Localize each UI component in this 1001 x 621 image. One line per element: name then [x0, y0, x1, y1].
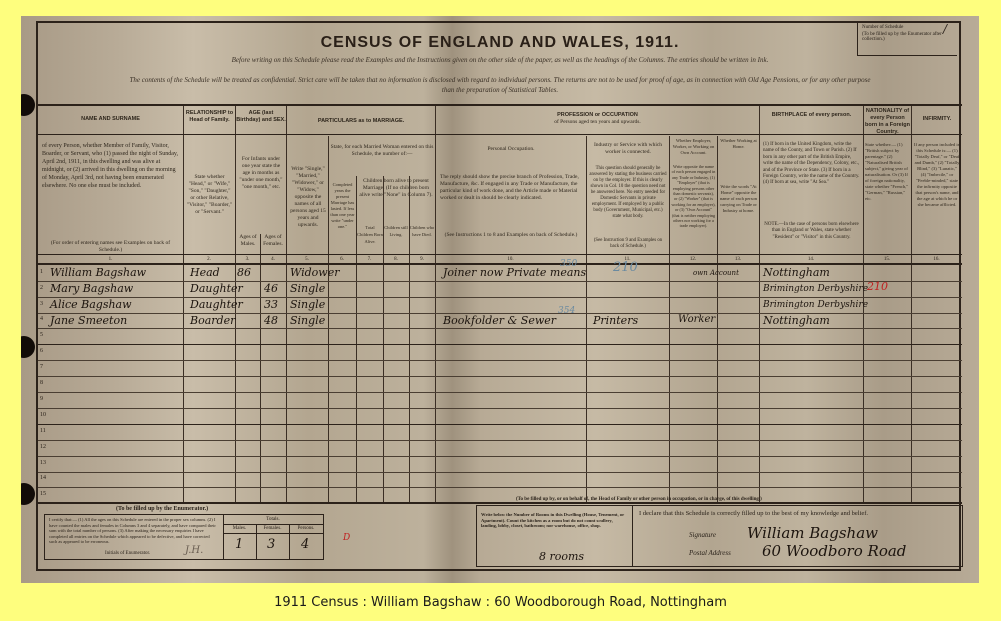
- rooms-value: 8 rooms: [539, 550, 584, 563]
- punch-hole: [21, 483, 35, 505]
- schedule-number-value: /: [943, 22, 947, 36]
- cell-age-male: 86: [237, 266, 251, 279]
- row-number: 11: [40, 428, 46, 434]
- signature-label: Signature: [689, 532, 716, 538]
- header-home-body: Write the words "At Home" opposite the n…: [719, 184, 758, 214]
- cell-condition: Single: [290, 314, 325, 327]
- row-number: 1: [40, 269, 43, 275]
- enumerator-heading: (To be filled up by the Enumerator.): [116, 506, 208, 512]
- header-name: NAME AND SURNAME: [38, 116, 183, 123]
- annotation-code: 354: [558, 306, 575, 316]
- cell-name: Mary Bagshaw: [50, 282, 133, 295]
- declaration-text: I declare that this Schedule is correctl…: [639, 511, 868, 517]
- header-age-females: Ages of Females.: [260, 234, 286, 248]
- annotation-code: 210: [613, 260, 638, 275]
- cell-relationship: Daughter: [190, 282, 243, 295]
- enumerator-initials-label: Initials of Enumerator.: [105, 551, 150, 557]
- annotation-red-code: 210: [867, 280, 888, 293]
- cell-name: William Bagshaw: [50, 266, 146, 279]
- header-relationship-body: State whether "Head," or "Wife," "Son," …: [186, 174, 233, 216]
- total-females: 3: [267, 537, 275, 552]
- schedule-number-label: Number of Schedule: [862, 25, 953, 30]
- header-personal-note: (See Instructions 1 to 8 and Examples on…: [440, 232, 582, 239]
- col-num: 13.: [717, 257, 759, 262]
- cell-name: Alice Bagshaw: [50, 298, 132, 311]
- cell-relationship: Head: [190, 266, 220, 279]
- col-num: 15.: [863, 257, 911, 262]
- header-age: AGE (last Birthday) and SEX.: [236, 110, 286, 124]
- row-number: 10: [40, 412, 46, 418]
- cell-birthplace: Brimington Derbyshire: [763, 300, 868, 310]
- header-nationality: NATIONALITY of every Person born in a Fo…: [864, 108, 911, 136]
- enumerator-box: I certify that:— (1) All the ages on thi…: [44, 514, 324, 560]
- col-num: 8.: [383, 257, 409, 262]
- annotation-red-mark: D: [343, 533, 350, 543]
- header-children-died: Children who have Died.: [409, 224, 435, 238]
- head-of-family-heading: (To be filled up by, or on behalf of, th…: [516, 497, 762, 503]
- col-num: 12.: [669, 257, 717, 262]
- header-industry-note: (See Instruction 9 and Examples on back …: [589, 238, 667, 250]
- row-number: 9: [40, 396, 43, 402]
- header-age-body: For Infants under one year state the age…: [238, 156, 284, 191]
- col-num: 1.: [38, 257, 183, 262]
- row-number: 12: [40, 444, 46, 450]
- col-num: 2.: [183, 257, 235, 262]
- confidential-line: The contents of the Schedule will be tre…: [21, 76, 979, 84]
- cell-name: Jane Smeeton: [50, 314, 127, 327]
- col-num: 9.: [409, 257, 435, 262]
- cell-occupation: Bookfolder & Sewer: [443, 314, 556, 327]
- rooms-instruction: Write below the Number of Rooms in this …: [481, 512, 626, 529]
- col-num: 3.: [235, 257, 260, 262]
- punch-hole: [21, 336, 35, 358]
- cell-age-female: 33: [264, 298, 278, 311]
- instructions-line: Before writing on this Schedule please r…: [21, 56, 979, 64]
- header-employer-body: Write opposite the name of each person e…: [671, 164, 716, 229]
- header-birthplace: BIRTHPLACE of every person.: [760, 112, 863, 119]
- header-birthplace-body: (1) If born in the United Kingdom, write…: [763, 142, 860, 187]
- annotation-code: 350: [560, 259, 577, 269]
- header-birthplace-note: NOTE.—In the case of persons born elsewh…: [763, 222, 860, 241]
- row-number: 6: [40, 348, 43, 354]
- row-number: 5: [40, 332, 43, 338]
- census-table: NAME AND SURNAME of every Person, whethe…: [38, 104, 962, 503]
- address-label: Postal Address: [689, 550, 731, 556]
- address-value: 60 Woodboro Road: [762, 542, 906, 560]
- header-total-children: Total Children Born Alive.: [357, 224, 383, 245]
- enumerator-initials: J.H.: [185, 545, 203, 556]
- header-infirmity-body: If any person included in this Schedule …: [914, 142, 960, 208]
- schedule-number-box: Number of Schedule (To be filled up by t…: [857, 22, 957, 56]
- cell-relationship: Daughter: [190, 298, 243, 311]
- males-label: Males.: [223, 526, 256, 532]
- header-children-born: Children born alive to present Marriage.…: [358, 178, 434, 199]
- total-persons: 4: [301, 537, 309, 552]
- image-caption: 1911 Census : William Bagshaw : 60 Woodb…: [0, 595, 1001, 610]
- col-num: 5.: [286, 257, 328, 262]
- cell-birthplace: Nottingham: [763, 314, 830, 327]
- header-occupation: PROFESSION or OCCUPATIONof Persons aged …: [436, 112, 759, 126]
- col-num: 16.: [911, 257, 962, 262]
- row-number: 15: [40, 491, 46, 497]
- cell-employer: Worker: [678, 314, 715, 325]
- header-home: Whether Working at Home.: [718, 138, 759, 150]
- females-label: Females.: [256, 526, 289, 532]
- header-children-living: Children still Living.: [383, 224, 409, 238]
- row-number: 8: [40, 380, 43, 386]
- col-num: 6.: [328, 257, 356, 262]
- totals-label: Totals.: [223, 517, 323, 523]
- row-number: 13: [40, 460, 46, 466]
- cell-relationship: Boarder: [190, 314, 235, 327]
- header-married-woman: State, for each Married Woman entered on…: [330, 144, 434, 158]
- row-number: 7: [40, 364, 43, 370]
- cell-condition: Single: [290, 282, 325, 295]
- row-number: 14: [40, 475, 46, 481]
- header-nationality-body: State whether:— (1) "British subject by …: [865, 142, 910, 202]
- cell-birthplace: Nottingham: [763, 266, 830, 279]
- header-infirmity: INFIRMITY.: [912, 116, 962, 123]
- header-employer: Whether Employer, Worker, or Working on …: [670, 138, 717, 156]
- confidential-line-2: than the preparation of Statistical Tabl…: [21, 86, 979, 94]
- persons-label: Persons.: [289, 526, 323, 532]
- cell-condition: Widower: [290, 266, 339, 279]
- total-males: 1: [235, 537, 243, 552]
- row-number: 4: [40, 316, 43, 322]
- cell-age-female: 48: [264, 314, 278, 327]
- header-relationship: RELATIONSHIP to Head of Family.: [184, 110, 235, 124]
- enumerator-certify: I certify that:— (1) All the ages on thi…: [49, 517, 217, 545]
- col-num: 4.: [260, 257, 286, 262]
- header-name-body: of every Person, whether Member of Famil…: [42, 142, 179, 190]
- cell-industry: Printers: [593, 314, 638, 327]
- document-title: CENSUS OF ENGLAND AND WALES, 1911.: [21, 34, 979, 52]
- cell-age-female: 46: [264, 282, 278, 295]
- cell-condition: Single: [290, 298, 325, 311]
- header-industry-body: This question should generally be answer…: [589, 166, 667, 220]
- header-marriage-condition: Write "Single," "Married," "Widower," or…: [289, 166, 327, 229]
- col-num: 7.: [356, 257, 383, 262]
- header-name-note: (For order of entering names see Example…: [42, 240, 179, 254]
- schedule-number-note: (To be filled up by the Enumerator after…: [862, 32, 953, 42]
- punch-hole: [21, 94, 35, 116]
- header-personal-occupation: Personal Occupation.: [436, 146, 586, 153]
- signature-value: William Bagshaw: [747, 524, 878, 542]
- header-industry: Industry or Service with which worker is…: [587, 142, 669, 156]
- header-personal-body: The reply should show the precise branch…: [440, 174, 582, 202]
- cell-birthplace: Brimington Derbyshire: [763, 284, 868, 294]
- header-marriage: PARTICULARS as to MARRIAGE.: [287, 118, 435, 125]
- cell-employer: own Account: [693, 269, 739, 277]
- head-of-family-box: Write below the Number of Rooms in this …: [476, 505, 963, 567]
- header-age-males: Ages of Males.: [236, 234, 260, 248]
- row-number: 3: [40, 301, 43, 307]
- col-num: 14.: [759, 257, 863, 262]
- header-years-married: Completed years the present Marriage has…: [329, 182, 356, 230]
- row-number: 2: [40, 285, 43, 291]
- census-document-image: CENSUS OF ENGLAND AND WALES, 1911. Befor…: [21, 16, 979, 583]
